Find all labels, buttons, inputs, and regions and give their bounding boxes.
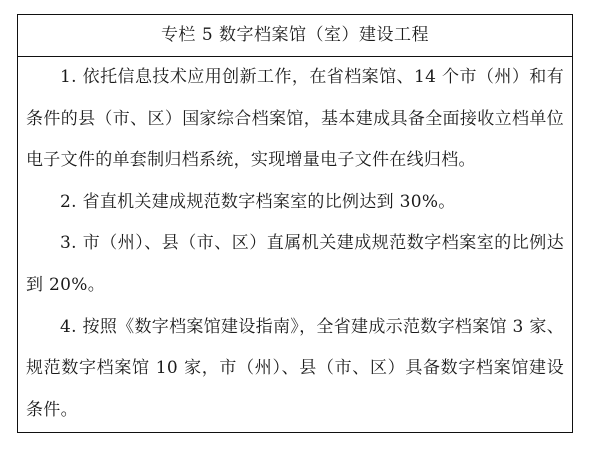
item-1: 1. 依托信息技术应用创新工作，在省档案馆、14 个市（州）和有条件的县（市、区… xyxy=(26,57,564,182)
column-content: 1. 依托信息技术应用创新工作，在省档案馆、14 个市（州）和有条件的县（市、区… xyxy=(18,57,572,431)
item-3: 3. 市（州）、县（市、区）直属机关建成规范数字档案室的比例达到 20%。 xyxy=(26,223,564,306)
item-4: 4. 按照《数字档案馆建设指南》，全省建成示范数字档案馆 3 家、规范数字档案馆… xyxy=(26,307,564,432)
column-title: 专栏 5 数字档案馆（室）建设工程 xyxy=(18,15,572,57)
special-column-box: 专栏 5 数字档案馆（室）建设工程 1. 依托信息技术应用创新工作，在省档案馆、… xyxy=(17,14,573,433)
item-2: 2. 省直机关建成规范数字档案室的比例达到 30%。 xyxy=(26,182,564,224)
